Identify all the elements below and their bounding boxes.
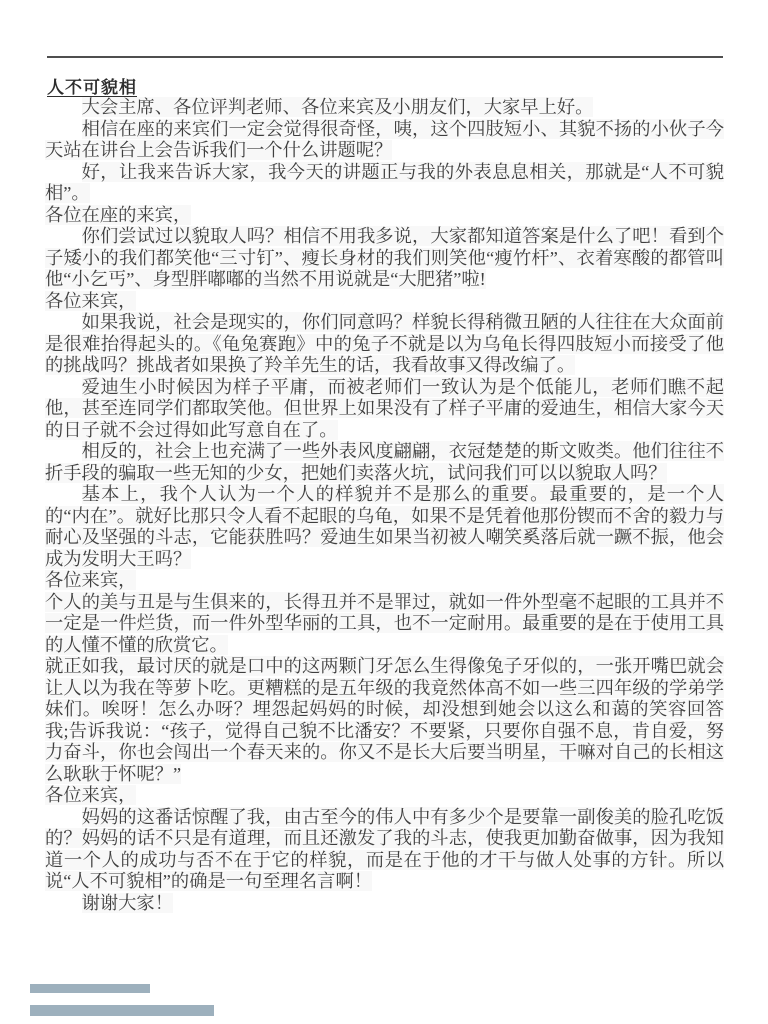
paragraph-text: 就正如我，最讨厌的就是口中的这两颗门牙怎么生得像兔子牙似的，一张开嘴巴就会让人以… xyxy=(45,656,724,784)
document-page: 人不可貌相 大会主席、各位评判老师、各位来宾及小朋友们，大家早上好。相信在座的来… xyxy=(0,0,768,1024)
paragraph-text: 相反的，社会上也充满了一些外表风度翩翩，衣冠楚楚的斯文败类。他们往往不折手段的骗… xyxy=(45,441,724,483)
paragraph-text: 各位来宾， xyxy=(45,570,136,590)
paragraph: 妈妈的这番话惊醒了我，由古至今的伟人中有多少个是要靠一副俊美的脸孔吃饭的？妈妈的… xyxy=(45,807,724,893)
document-body: 大会主席、各位评判老师、各位来宾及小朋友们，大家早上好。相信在座的来宾们一定会觉… xyxy=(45,97,724,914)
paragraph-text: 谢谢大家！ xyxy=(82,893,173,913)
page-title: 人不可貌相 xyxy=(47,73,137,98)
paragraph: 就正如我，最讨厌的就是口中的这两颗门牙怎么生得像兔子牙似的，一张开嘴巴就会让人以… xyxy=(45,656,724,785)
paragraph: 爱迪生小时候因为样子平庸，而被老师们一致认为是个低能儿，老师们瞧不起他，甚至连同… xyxy=(45,377,724,442)
paragraph: 大会主席、各位评判老师、各位来宾及小朋友们，大家早上好。 xyxy=(45,97,724,119)
footer-bar xyxy=(30,1005,214,1016)
paragraph: 各位来宾， xyxy=(45,785,724,807)
paragraph-text: 你们尝试过以貌取人吗？相信不用我多说，大家都知道答案是什么了吧！看到个子矮小的我… xyxy=(45,226,724,289)
paragraph-text: 大会主席、各位评判老师、各位来宾及小朋友们，大家早上好。 xyxy=(82,97,594,117)
paragraph-text: 爱迪生小时候因为样子平庸，而被老师们一致认为是个低能儿，老师们瞧不起他，甚至连同… xyxy=(45,377,724,440)
paragraph: 好，让我来告诉大家，我今天的讲题正与我的外表息息相关，那就是“人不可貌相”。 xyxy=(45,162,724,205)
footer-bar xyxy=(30,984,150,993)
paragraph: 个人的美与丑是与生俱来的，长得丑并不是罪过，就如一件外型毫不起眼的工具并不一定是… xyxy=(45,592,724,657)
paragraph-text: 基本上，我个人认为一个人的样貌并不是那么的重要。最重要的，是一个人的“内在”。就… xyxy=(45,484,724,569)
paragraph: 各位来宾， xyxy=(45,570,724,592)
paragraph: 各位在座的来宾， xyxy=(45,205,724,227)
paragraph-text: 个人的美与丑是与生俱来的，长得丑并不是罪过，就如一件外型毫不起眼的工具并不一定是… xyxy=(45,592,724,655)
paragraph: 你们尝试过以貌取人吗？相信不用我多说，大家都知道答案是什么了吧！看到个子矮小的我… xyxy=(45,226,724,291)
header-divider xyxy=(47,56,723,58)
paragraph: 谢谢大家！ xyxy=(45,893,724,915)
paragraph-text: 相信在座的来宾们一定会觉得很奇怪，咦，这个四肢短小、其貌不扬的小伙子今天站在讲台… xyxy=(45,119,724,161)
paragraph-text: 如果我说，社会是现实的，你们同意吗？样貌长得稍微丑陋的人往往在大众面前是很难抬得… xyxy=(45,312,724,375)
paragraph-text: 妈妈的这番话惊醒了我，由古至今的伟人中有多少个是要靠一副俊美的脸孔吃饭的？妈妈的… xyxy=(45,807,724,892)
paragraph-text: 各位来宾， xyxy=(45,785,136,805)
paragraph-text: 各位在座的来宾， xyxy=(45,205,191,225)
paragraph: 相信在座的来宾们一定会觉得很奇怪，咦，这个四肢短小、其貌不扬的小伙子今天站在讲台… xyxy=(45,119,724,162)
paragraph: 各位来宾， xyxy=(45,291,724,313)
paragraph-text: 各位来宾， xyxy=(45,291,136,311)
paragraph-text: 好，让我来告诉大家，我今天的讲题正与我的外表息息相关，那就是“人不可貌相”。 xyxy=(45,162,724,204)
paragraph: 如果我说，社会是现实的，你们同意吗？样貌长得稍微丑陋的人往往在大众面前是很难抬得… xyxy=(45,312,724,377)
paragraph: 基本上，我个人认为一个人的样貌并不是那么的重要。最重要的，是一个人的“内在”。就… xyxy=(45,484,724,570)
paragraph: 相反的，社会上也充满了一些外表风度翩翩，衣冠楚楚的斯文败类。他们往往不折手段的骗… xyxy=(45,441,724,484)
